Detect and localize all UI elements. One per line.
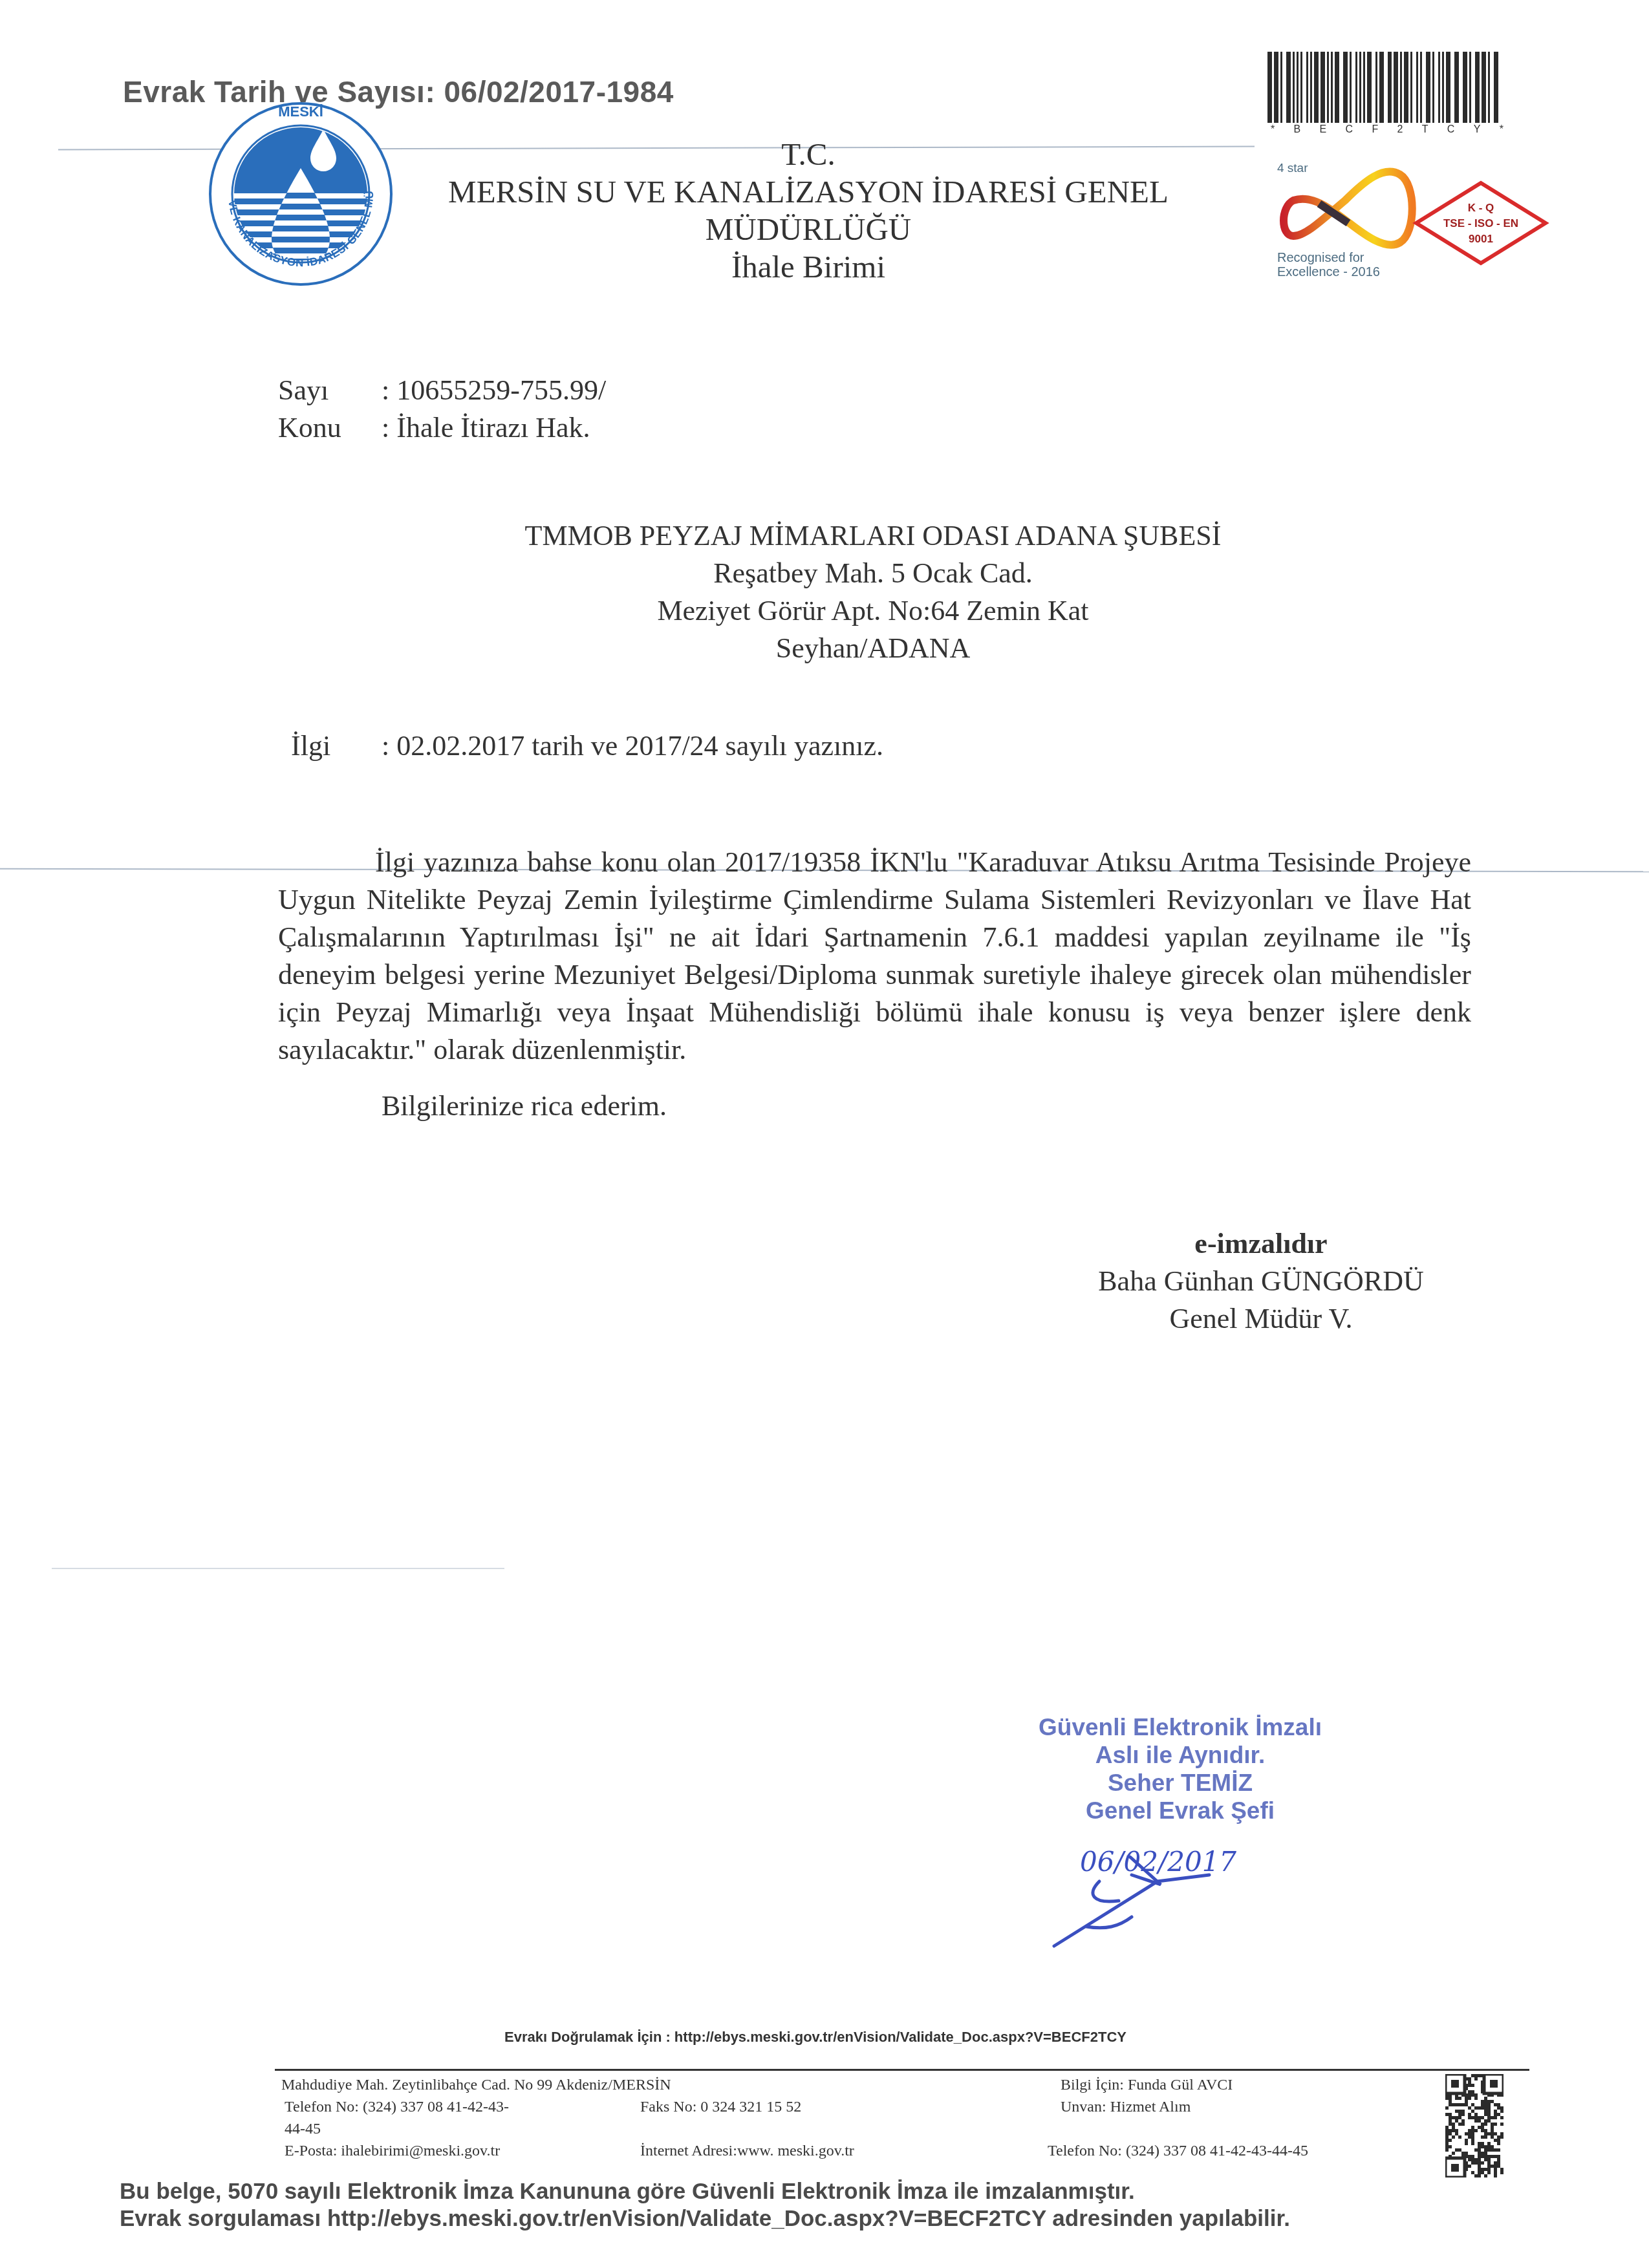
footer-phone-cont: 44-45 [285, 2121, 321, 2138]
barcode-bar [1350, 52, 1352, 123]
barcode-bar [1400, 52, 1402, 123]
barcode-bar [1438, 52, 1440, 123]
header-unit: İhale Birimi [420, 248, 1196, 286]
barcode-bar [1331, 52, 1333, 123]
barcode-char: * [1500, 124, 1503, 136]
svg-text:TSE - ISO - EN: TSE - ISO - EN [1443, 217, 1518, 230]
sayi-value: : 10655259-755.99/ [382, 374, 606, 406]
tse-iso-badge: K - Q TSE - ISO - EN 9001 [1410, 178, 1552, 268]
body-paragraph: İlgi yazınıza bahse konu olan 2017/19358… [278, 844, 1471, 1069]
konu-row: Konu: İhale İtirazı Hak. [278, 411, 590, 444]
barcode-bar [1310, 52, 1312, 123]
recipient-address-1: Reşatbey Mah. 5 Ocak Cad. [453, 555, 1293, 592]
legal-notice-2: Evrak sorgulaması http://ebys.meski.gov.… [120, 2206, 1290, 2232]
barcode-char: T [1422, 124, 1428, 136]
stamp-line-3: Seher TEMİZ [970, 1769, 1390, 1797]
footer-contact-title: Unvan: Hizmet Alım [1061, 2099, 1191, 2116]
certified-copy-stamp: Güvenli Elektronik İmzalı Aslı ile Aynıd… [970, 1713, 1390, 1824]
legal-notice-1: Bu belge, 5070 sayılı Elektronik İmza Ka… [120, 2179, 1135, 2205]
barcode-bar [1363, 52, 1365, 123]
e-signed-label: e-imzalıdır [1035, 1225, 1487, 1263]
stamp-line-4: Genel Evrak Şefi [970, 1797, 1390, 1824]
scan-line [52, 1568, 504, 1569]
ilgi-row: İlgi: 02.02.2017 tarih ve 2017/24 sayılı… [291, 729, 883, 762]
badge-line2: Excellence - 2016 [1277, 265, 1380, 279]
barcode-bar [1327, 52, 1329, 123]
footer-website[interactable]: İnternet Adresi:www. meski.gov.tr [640, 2143, 854, 2160]
barcode-bar [1267, 52, 1272, 123]
footer-contact-person: Bilgi İçin: Funda Gül AVCI [1061, 2077, 1233, 2094]
ilgi-value: : 02.02.2017 tarih ve 2017/24 sayılı yaz… [382, 730, 883, 762]
handwritten-signature-icon [1048, 1856, 1242, 1952]
recipient-name: TMMOB PEYZAJ MİMARLARI ODASI ADANA ŞUBES… [453, 517, 1293, 555]
barcode-bar [1475, 52, 1480, 123]
barcode-text: *BECF2TCY* [1271, 124, 1503, 136]
barcode-bar [1355, 52, 1357, 123]
footer-divider [275, 2069, 1529, 2071]
qr-code-icon[interactable] [1445, 2074, 1503, 2177]
footer-email[interactable]: E-Posta: ihalebirimi@meski.gov.tr [285, 2143, 500, 2160]
barcode-bar [1426, 52, 1430, 123]
svg-text:K - Q: K - Q [1468, 202, 1494, 214]
barcode-bar [1463, 52, 1467, 123]
header-directorate: MÜDÜRLÜĞÜ [420, 211, 1196, 248]
barcode-bar [1375, 52, 1377, 123]
barcode-bar [1420, 52, 1422, 123]
barcode-bar [1446, 52, 1450, 123]
barcode-bar [1359, 52, 1361, 123]
barcode-char: C [1346, 124, 1353, 136]
verification-link[interactable]: Evrakı Doğrulamak İçin : http://ebys.mes… [504, 2029, 1126, 2046]
barcode-bar [1379, 52, 1384, 123]
stamp-line-1: Güvenli Elektronik İmzalı [970, 1713, 1390, 1741]
signature-block: e-imzalıdır Baha Günhan GÜNGÖRDÜ Genel M… [1035, 1225, 1487, 1338]
barcode-bar [1416, 52, 1418, 123]
sayi-label: Sayı [278, 374, 382, 407]
barcode-char: Y [1474, 124, 1481, 136]
barcode-bar [1394, 52, 1398, 123]
barcode-char: B [1294, 124, 1301, 136]
barcode-bar [1280, 52, 1282, 123]
barcode-bar [1432, 52, 1434, 123]
barcode-bar [1469, 52, 1471, 123]
barcode-char: C [1447, 124, 1455, 136]
konu-value: : İhale İtirazı Hak. [382, 412, 590, 444]
footer-address: Mahdudiye Mah. Zeytinlibahçe Cad. No 99 … [281, 2077, 671, 2094]
konu-label: Konu [278, 411, 382, 444]
badge-line1: Recognised for [1277, 251, 1380, 265]
barcode-bar [1442, 52, 1444, 123]
recipient-city: Seyhan/ADANA [453, 630, 1293, 667]
barcode-bar [1410, 52, 1412, 123]
barcode-bar [1335, 52, 1339, 123]
barcode-char: 2 [1397, 124, 1403, 136]
barcode-bar [1274, 52, 1278, 123]
barcode-bar [1367, 52, 1372, 123]
barcode-bar [1343, 52, 1348, 123]
recipient-block: TMMOB PEYZAJ MİMARLARI ODASI ADANA ŞUBES… [453, 517, 1293, 667]
footer-contact-phone: Telefon No: (324) 337 08 41-42-43-44-45 [1048, 2143, 1308, 2160]
svg-text:9001: 9001 [1469, 233, 1493, 245]
barcode-bar [1314, 52, 1319, 123]
barcode [1267, 52, 1500, 123]
barcode-bar [1320, 52, 1325, 123]
footer-fax: Faks No: 0 324 321 15 52 [640, 2099, 801, 2116]
recipient-address-2: Meziyet Görür Apt. No:64 Zemin Kat [453, 592, 1293, 630]
stamp-line-2: Aslı ile Aynıdır. [970, 1741, 1390, 1769]
barcode-bar [1293, 52, 1295, 123]
barcode-bar [1454, 52, 1459, 123]
letterhead: T.C. MERSİN SU VE KANALİZASYON İDARESİ G… [420, 136, 1196, 286]
ilgi-label: İlgi [291, 729, 382, 762]
barcode-bar [1300, 52, 1302, 123]
barcode-char: E [1320, 124, 1327, 136]
closing-line: Bilgilerinize rica ederim. [382, 1089, 667, 1122]
barcode-bar [1306, 52, 1308, 123]
barcode-char: * [1271, 124, 1275, 136]
header-institution: MERSİN SU VE KANALİZASYON İDARESİ GENEL [420, 173, 1196, 211]
sayi-row: Sayı: 10655259-755.99/ [278, 374, 606, 407]
barcode-char: F [1372, 124, 1378, 136]
barcode-bar [1286, 52, 1291, 123]
barcode-bar [1404, 52, 1408, 123]
barcode-bar [1388, 52, 1392, 123]
header-tc: T.C. [420, 136, 1196, 173]
meski-logo-icon: MESKİ MERSİN SU VE KANALİZASYON İDARESİ … [204, 97, 398, 291]
footer-fax-text: Faks No: 0 324 321 15 52 [640, 2099, 801, 2115]
signer-title: Genel Müdür V. [1035, 1300, 1487, 1338]
barcode-bar [1494, 52, 1498, 123]
letter-body: İlgi yazınıza bahse konu olan 2017/19358… [278, 844, 1471, 1069]
evrak-date-number-stamp: Evrak Tarih ve Sayısı: 06/02/2017-1984 [123, 74, 674, 109]
barcode-bar [1297, 52, 1299, 123]
signer-name: Baha Günhan GÜNGÖRDÜ [1035, 1263, 1487, 1300]
footer-phone: Telefon No: (324) 337 08 41-42-43- [285, 2099, 509, 2116]
barcode-bar [1482, 52, 1486, 123]
barcode-bar [1488, 52, 1490, 123]
